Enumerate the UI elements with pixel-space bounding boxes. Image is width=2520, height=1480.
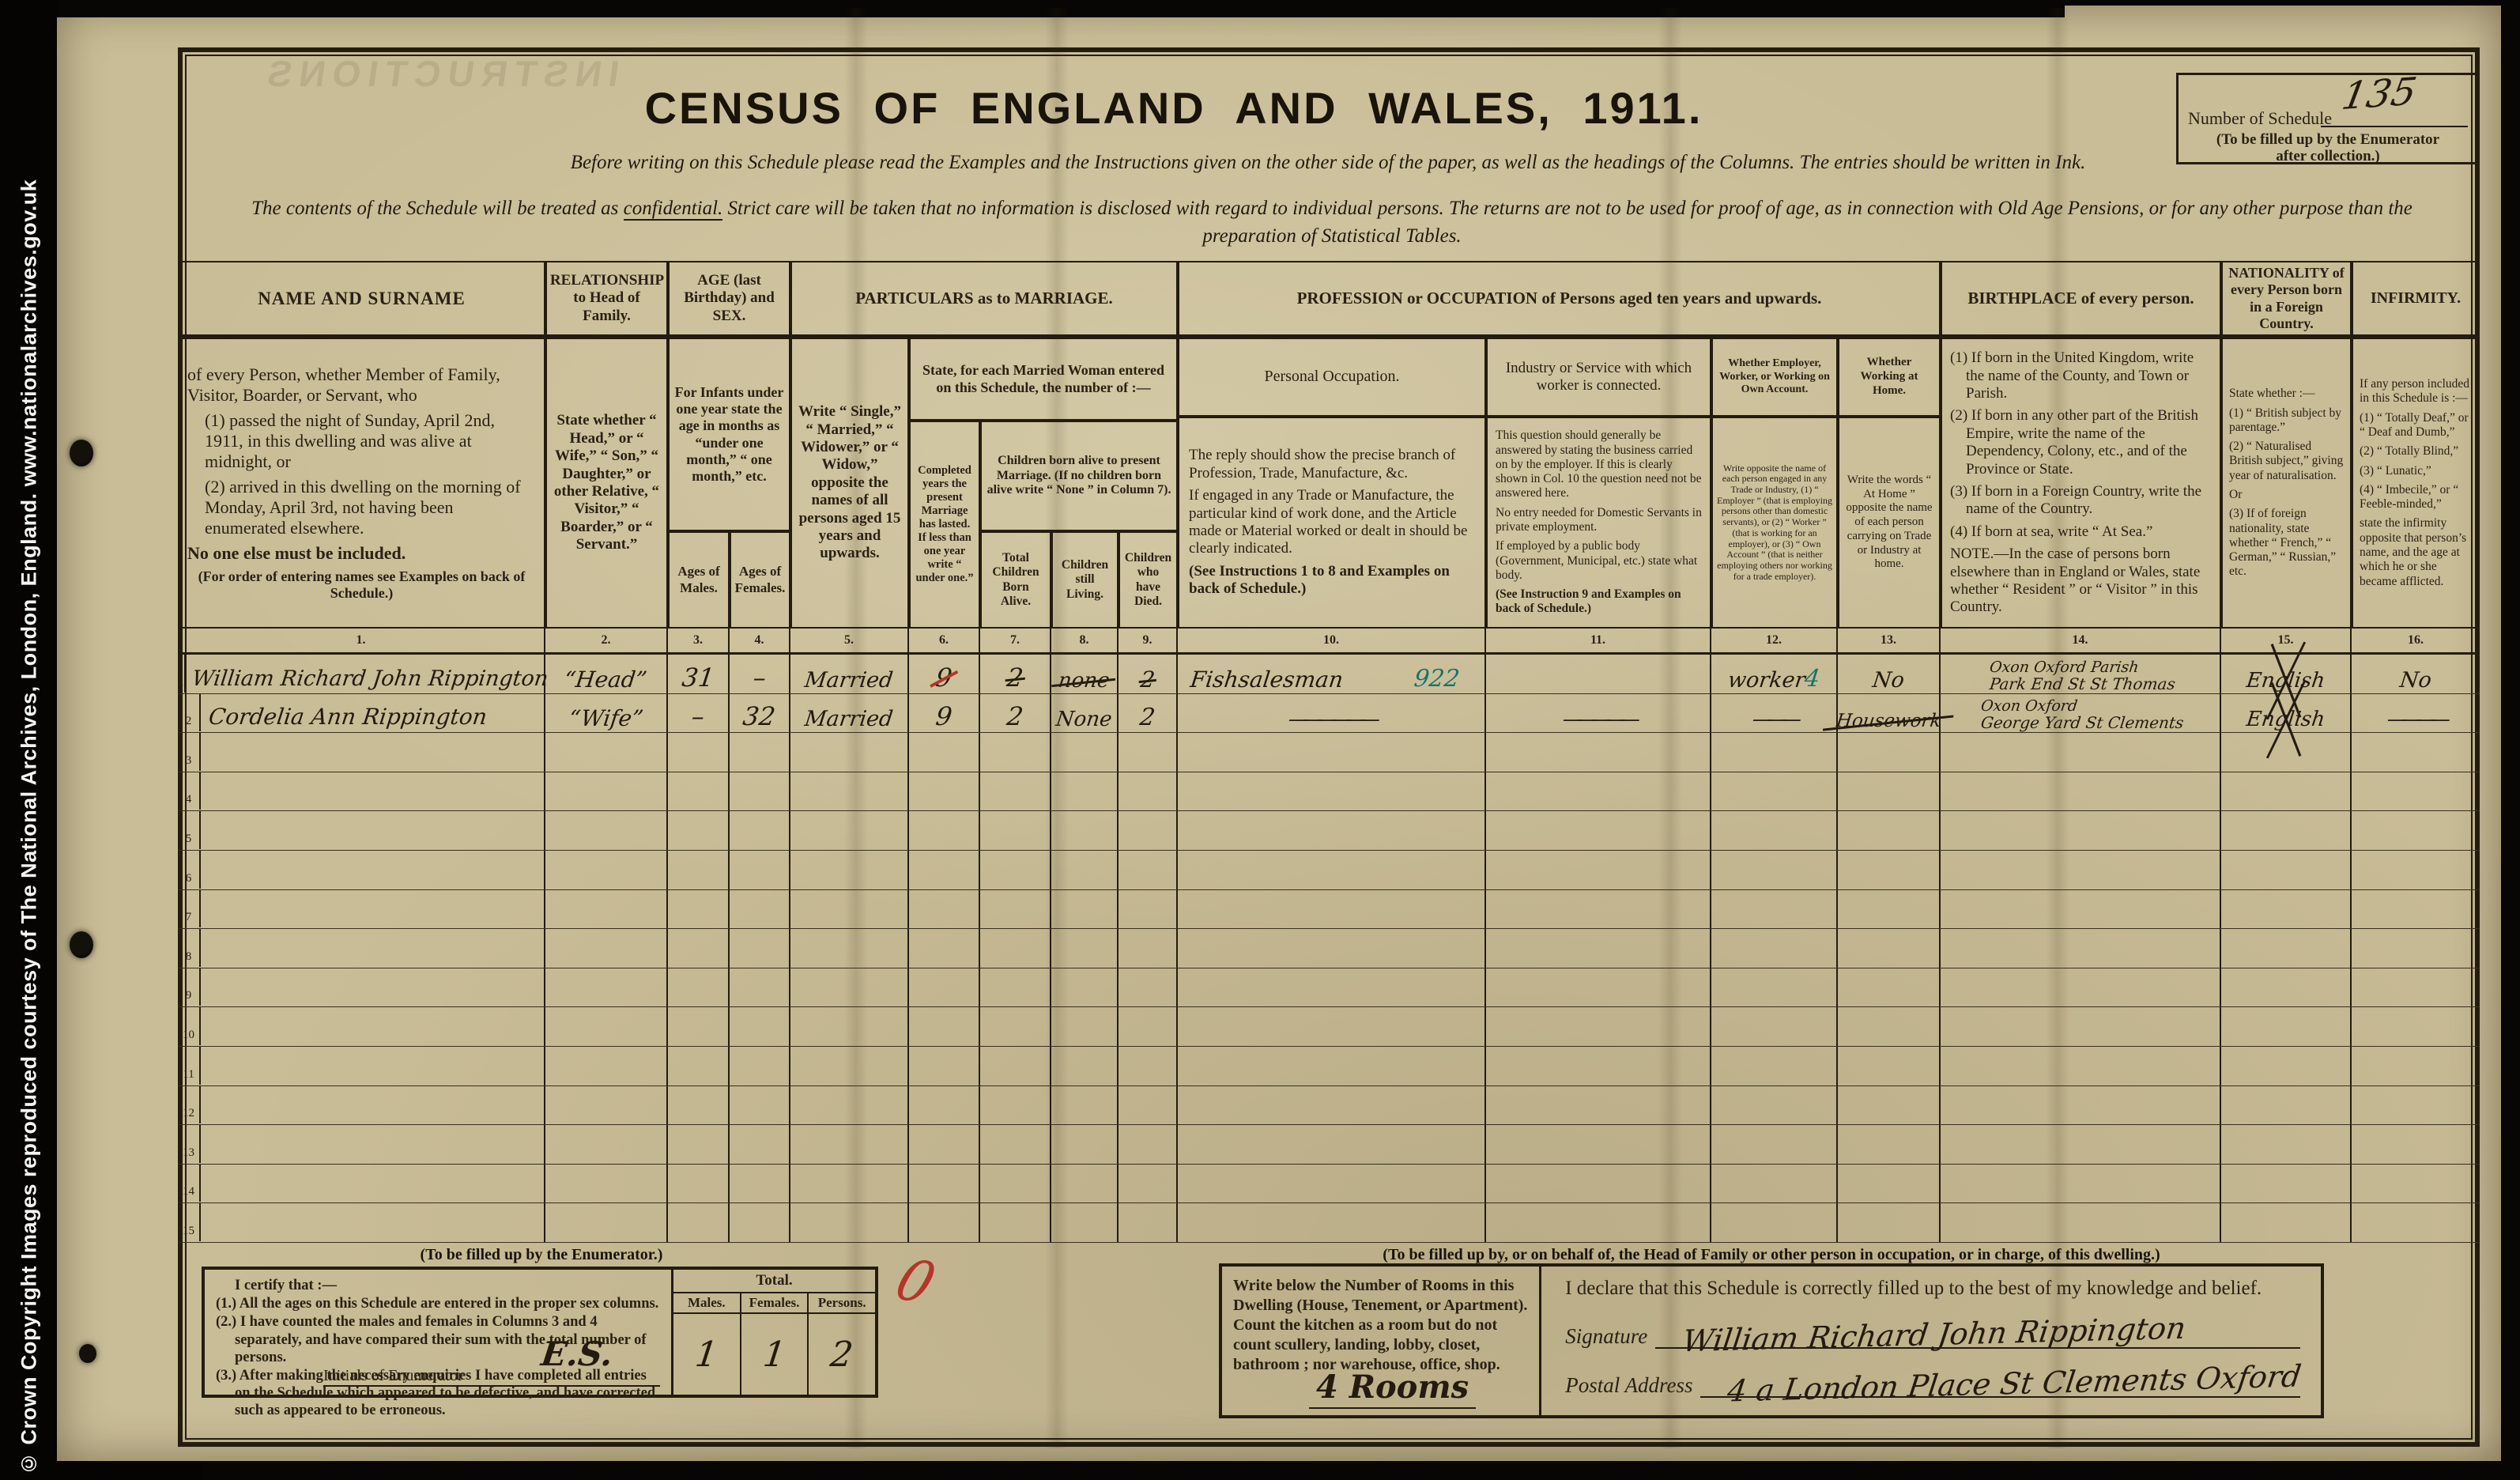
empty-cell [1051,968,1119,1007]
entry-age-male: 31 [680,663,715,693]
empty-cell [1051,1047,1119,1085]
col-subheader-children-total: Total Children Born Alive. [980,531,1051,629]
empty-cell [790,1007,909,1046]
table-row: 8 [178,929,2480,968]
col-header-profession: PROFESSION or OCCUPATION of Persons aged… [1178,261,1941,338]
empty-cell [2352,929,2480,968]
column-number: 9. [1119,629,1178,652]
column-number: 6. [909,629,980,652]
empty-cell [2221,733,2352,772]
entry-children-born: 2 [1005,701,1024,731]
empty-cell [790,851,909,889]
table-body: 1 William Richard John Rippington “Head”… [178,655,2480,1243]
empty-cell [1486,1007,1711,1046]
signature-line: William Richard John Rippington [1655,1317,2300,1349]
col-desc-birthplace: (1) If born in the United Kingdom, write… [1941,338,2221,629]
row-number: 7 [178,890,201,928]
empty-cell [730,1165,790,1203]
copyright-sidebar-text: © Crown Copyright Images reproduced cour… [6,24,52,1475]
empty-cell [980,1165,1051,1203]
empty-cell [730,811,790,850]
empty-cell [1838,811,1941,850]
instructions-line: Before writing on this Schedule please r… [221,152,2435,174]
row-number: 11 [178,1047,201,1085]
initials-line: Initials of Enumerator E.S. [323,1366,660,1387]
table-row: 5 [178,811,2480,851]
empty-cell [2352,772,2480,811]
empty-cell [1051,851,1119,889]
empty-cell [1178,968,1486,1007]
empty-cell [1486,733,1711,772]
empty-cell [1486,772,1711,811]
col-desc-nationality: State whether :— (1) “ British subject b… [2221,338,2352,629]
empty-cell [1838,772,1941,811]
empty-cell [2352,1125,2480,1164]
column-number-strip: 1.2.3.4.5.6.7.8.9.10.11.12.13.14.15.16. [178,629,2480,655]
empty-cell [1941,733,2221,772]
empty-cell [909,1086,980,1125]
table-row: 7 [178,890,2480,930]
row-number: 2 [178,694,201,732]
empty-cell [980,733,1051,772]
entry-employer-status: worker [1726,668,1806,693]
row-number: 14 [178,1165,201,1202]
entry-children-born-struck: 2 [1005,663,1024,693]
empty-cell [730,1086,790,1125]
empty-cell [2352,733,2480,772]
empty-cell [1941,1007,2221,1046]
empty-cell [1178,890,1486,929]
col-desc-married-woman: State, for each Married Woman entered on… [909,338,1178,421]
col-subheader-children-died: Children who have Died. [1119,531,1178,629]
empty-cell [668,929,730,968]
empty-cell: 13 [178,1125,545,1164]
empty-cell [1941,1047,2221,1085]
empty-cell [1838,1203,1941,1242]
column-number: 8. [1051,629,1119,652]
empty-cell [980,1007,1051,1046]
empty-cell: 5 [178,811,545,850]
empty-cell [1838,1047,1941,1085]
row-number: 15 [178,1203,201,1241]
empty-cell [909,968,980,1007]
empty-cell [1941,811,2221,850]
empty-cell [790,1086,909,1125]
column-number: 11. [1486,629,1711,652]
column-number: 5. [790,629,909,652]
entry-occupation-dash: —————— [1287,708,1375,731]
empty-cell [980,1125,1051,1164]
empty-cell [1178,733,1486,772]
empty-cell [909,772,980,811]
empty-cell [1838,733,1941,772]
empty-cell [1838,890,1941,929]
empty-cell [545,1086,668,1125]
empty-cell [668,1203,730,1242]
empty-cell [1711,851,1838,889]
empty-cell [668,733,730,772]
empty-cell: 12 [178,1086,545,1125]
entry-age-male: – [690,701,707,731]
column-number: 13. [1838,629,1941,652]
rooms-line: 4 Rooms [1309,1368,1476,1409]
empty-cell [1178,1125,1486,1164]
empty-cell [1711,890,1838,929]
empty-cell [1838,968,1941,1007]
empty-cell [545,1047,668,1085]
empty-cell [909,890,980,929]
empty-cell [790,929,909,968]
empty-cell [1486,811,1711,850]
empty-cell [1051,733,1119,772]
empty-cell [1178,1086,1486,1125]
empty-cell [980,929,1051,968]
empty-cell [790,968,909,1007]
empty-cell [2352,968,2480,1007]
row-number: 12 [178,1086,201,1124]
empty-cell [1178,1203,1486,1242]
empty-cell [1119,1125,1178,1164]
row-number: 8 [178,929,201,967]
empty-cell [730,733,790,772]
empty-cell [909,1165,980,1203]
empty-cell [2221,1125,2352,1164]
column-number: 3. [668,629,730,652]
empty-cell [1051,890,1119,929]
entry-infirmity-dash: ———— [2386,708,2446,731]
table-row: 6 [178,851,2480,890]
col-desc-at-home: Write the words “ At Home ” opposite the… [1838,417,1941,629]
column-number: 16. [2352,629,2480,652]
postal-address-row: Postal Address 4 a London Place St Cleme… [1565,1366,2300,1398]
col-desc-industry: This question should generally be answer… [1486,417,1711,629]
empty-cell [1711,1086,1838,1125]
census-schedule-scan: © Crown Copyright Images reproduced cour… [0,0,2520,1480]
col-desc-name: of every Person, whether Member of Famil… [178,338,545,629]
col-header-relationship: RELATIONSHIP to Head of Family. [545,261,668,338]
empty-cell [790,772,909,811]
empty-cell: 4 [178,772,545,811]
col-header-age: AGE (last Birthday) and SEX. [668,261,790,338]
empty-cell [1486,929,1711,968]
row-number: 4 [178,772,201,810]
scan-edge-top-right [2065,0,2520,6]
empty-cell [668,851,730,889]
empty-cell [980,1047,1051,1085]
empty-cell [1838,1165,1941,1203]
entry-children-died-struck: 2 [1139,666,1156,693]
punch-hole [70,931,93,958]
empty-cell [730,1007,790,1046]
empty-cell [909,1047,980,1085]
postal-address-value: 4 a London Place St Clements Oxford [1726,1359,2303,1409]
empty-cell [1711,811,1838,850]
rooms-value: 4 Rooms [1316,1369,1469,1406]
entry-children-died: 2 [1138,704,1156,731]
empty-cell [790,1047,909,1085]
column-number: 4. [730,629,790,652]
schedule-number-box: Number of Schedule 135 (To be filled up … [2176,73,2480,164]
empty-cell [2352,890,2480,929]
empty-cell [2221,772,2352,811]
empty-cell [980,811,1051,850]
empty-cell [1941,968,2221,1007]
empty-cell: 6 [178,851,545,889]
totals-females-value: 1 [736,1314,812,1395]
initials-label: Initials of Enumerator [323,1367,463,1384]
empty-cell [790,1165,909,1203]
empty-cell [1486,1086,1711,1125]
table-row: 12 [178,1086,2480,1126]
row-number: 5 [178,811,201,849]
column-number: 2. [545,629,668,652]
entry-marriage-years-struck: 9 [934,663,953,693]
table-row: 11 [178,1047,2480,1086]
enumerator-section-heading: (To be filled up by the Enumerator.) [237,1246,846,1264]
empty-cell [1838,929,1941,968]
empty-cell [2352,851,2480,889]
empty-cell [1051,1007,1119,1046]
empty-cell [2221,1203,2352,1242]
column-number: 1. [178,629,545,652]
entry-employer-code: 4 [1803,665,1821,693]
empty-cell [2221,1047,2352,1085]
entry-relationship: “Head” [563,666,648,693]
empty-cell [1941,1125,2221,1164]
empty-cell [545,1203,668,1242]
empty-cell [909,851,980,889]
empty-cell [1051,929,1119,968]
entry-name: Cordelia Ann Rippington [199,704,489,731]
empty-cell [980,1086,1051,1125]
entry-children-living-struck: none [1057,669,1111,693]
entry-nationality-crossed: English [2245,669,2326,693]
totals-persons-value: 2 [804,1314,880,1395]
scan-edge-bottom [202,1461,2520,1480]
column-number: 14. [1941,629,2221,652]
empty-cell: 14 [178,1165,545,1203]
signature-row: Signature William Richard John Rippingto… [1565,1317,2300,1349]
empty-cell [790,733,909,772]
totals-males-label: Males. [673,1293,740,1314]
empty-cell [980,1203,1051,1242]
empty-cell [1941,1086,2221,1125]
confidential-paragraph: The contents of the Schedule will be tre… [206,194,2458,250]
empty-cell [668,968,730,1007]
signature-value: William Richard John Rippington [1681,1311,2188,1359]
empty-cell [668,1086,730,1125]
empty-cell [980,851,1051,889]
empty-cell [2352,1203,2480,1242]
schedule-number-label: Number of Schedule [2188,108,2332,129]
empty-cell [1838,851,1941,889]
col-subheader-employer: Whether Employer, Worker, or Working on … [1711,338,1838,417]
empty-cell [1838,1125,1941,1164]
entry-occupation: Fishsalesman [1189,666,1345,693]
empty-cell [1119,733,1178,772]
empty-cell [1051,1086,1119,1125]
row-number: 9 [178,968,201,1006]
empty-cell [545,811,668,850]
empty-cell [1051,1125,1119,1164]
empty-cell [730,890,790,929]
col-header-nationality: NATIONALITY of every Person born in a Fo… [2221,261,2352,338]
empty-cell [1711,1007,1838,1046]
empty-cell [545,890,668,929]
schedule-number-line [2321,126,2468,127]
enumerator-certification: I certify that :— (1.) All the ages on t… [205,1270,671,1395]
col-subheader-industry: Industry or Service with which worker is… [1486,338,1711,417]
punch-hole [79,1344,96,1363]
table-row: 14 [178,1165,2480,1204]
empty-cell [1941,1165,2221,1203]
empty-cell [790,1203,909,1242]
empty-cell [1119,811,1178,850]
col-desc-children-born: Children born alive to present Marriage.… [980,421,1178,531]
empty-cell [980,890,1051,929]
entry-relationship: “Wife” [568,705,645,731]
empty-cell [909,1203,980,1242]
empty-cell [668,772,730,811]
empty-cell [909,929,980,968]
empty-cell [545,772,668,811]
empty-cell [1119,929,1178,968]
table-row: 15 [178,1203,2480,1243]
empty-cell [1941,1203,2221,1242]
totals-header: Total. [673,1270,875,1293]
schedule-number-value: 135 [2338,70,2420,119]
empty-cell [730,1125,790,1164]
empty-cell [730,968,790,1007]
col-header-marriage: PARTICULARS as to MARRIAGE. [790,261,1178,338]
empty-cell [668,1125,730,1164]
empty-cell [1711,1165,1838,1203]
table-row: 1 William Richard John Rippington “Head”… [178,655,2480,694]
empty-cell [1711,772,1838,811]
entry-marital-condition: Married [803,668,894,693]
empty-cell [1178,811,1486,850]
empty-cell [1051,772,1119,811]
empty-cell [790,1125,909,1164]
table-row: 9 [178,968,2480,1008]
empty-cell [2221,1165,2352,1203]
empty-cell [545,851,668,889]
entry-at-home-struck: Housework [1835,711,1942,731]
entry-birthplace: Oxon Oxford Parish Park End St St Thomas [1985,660,2175,693]
entry-children-living: None [1054,708,1113,731]
empty-cell [1838,1086,1941,1125]
empty-cell [790,811,909,850]
entry-occupation-code: 922 [1413,665,1462,693]
empty-cell [1119,1203,1178,1242]
empty-cell [1711,1203,1838,1242]
empty-cell [1941,890,2221,929]
head-of-family-box: Write below the Number of Rooms in this … [1219,1263,2324,1418]
row-number: 6 [178,851,201,889]
empty-cell [1711,1125,1838,1164]
empty-cell [1941,851,2221,889]
empty-cell [1711,968,1838,1007]
declaration-text: I declare that this Schedule is correctl… [1565,1278,2300,1300]
empty-cell [1838,1007,1941,1046]
col-desc-marriage-status: Write “ Single,” “ Married,” “ Widower,”… [790,338,909,629]
col-desc-marriage-years: Completed years the present Marriage has… [909,421,980,629]
empty-cell [1119,890,1178,929]
entry-name: William Richard John Rippington [183,666,549,693]
table-row: 2 Cordelia Ann Rippington “Wife” – 32 Ma… [178,694,2480,734]
empty-cell [2352,1165,2480,1203]
entry-infirmity: No [2398,668,2433,693]
empty-cell [1711,929,1838,968]
entry-marriage-years: 9 [934,701,953,731]
empty-cell [909,811,980,850]
empty-cell [1119,1086,1178,1125]
empty-cell [2221,890,2352,929]
totals-table: Total. Males. 1 Females. 1 Persons. 2 [671,1270,875,1395]
empty-cell [1486,1047,1711,1085]
empty-cell [668,1165,730,1203]
empty-cell: 7 [178,890,545,929]
enumerator-box: I certify that :— (1.) All the ages on t… [202,1267,878,1398]
column-number: 10. [1178,629,1486,652]
col-subheader-at-home: Whether Working at Home. [1838,338,1941,417]
empty-cell [980,772,1051,811]
column-number: 7. [980,629,1051,652]
initials-value: E.S. [539,1335,615,1374]
col-subheader-children-living: Children still Living. [1051,531,1119,629]
col-desc-age: For Infants under one year state the age… [668,338,790,531]
empty-cell [2221,811,2352,850]
col-subheader-ages-females: Ages of Females. [730,531,790,629]
column-number: 12. [1711,629,1838,652]
signature-label: Signature [1565,1324,1647,1349]
empty-cell [2352,1086,2480,1125]
empty-cell [545,929,668,968]
empty-cell [1119,772,1178,811]
postal-address-label: Postal Address [1565,1373,1692,1398]
empty-cell [1178,772,1486,811]
rooms-cell: Write below the Number of Rooms in this … [1222,1267,1541,1415]
empty-cell: 15 [178,1203,545,1242]
empty-cell [545,1007,668,1046]
col-subheader-ages-males: Ages of Males. [668,531,730,629]
empty-cell: 3 [178,733,545,772]
empty-cell [1178,929,1486,968]
empty-cell [1178,1165,1486,1203]
empty-cell [1051,1165,1119,1203]
table-row: 4 [178,772,2480,812]
totals-males-value: 1 [669,1314,745,1395]
col-desc-personal-occupation: The reply should show the precise branch… [1178,417,1486,629]
entry-marital-condition: Married [803,707,894,731]
empty-cell [545,733,668,772]
empty-cell [909,1007,980,1046]
empty-cell [545,1165,668,1203]
column-number: 15. [2221,629,2352,652]
empty-cell [668,890,730,929]
empty-cell [668,1047,730,1085]
empty-cell: 11 [178,1047,545,1085]
row-number: 3 [178,733,201,771]
empty-cell [1711,1047,1838,1085]
empty-cell [1119,1007,1178,1046]
empty-cell [1178,851,1486,889]
empty-cell [1486,851,1711,889]
punch-hole [70,440,93,466]
page-title: CENSUS OF ENGLAND AND WALES, 1911. [178,82,2170,134]
empty-cell [1486,1125,1711,1164]
empty-cell [980,968,1051,1007]
